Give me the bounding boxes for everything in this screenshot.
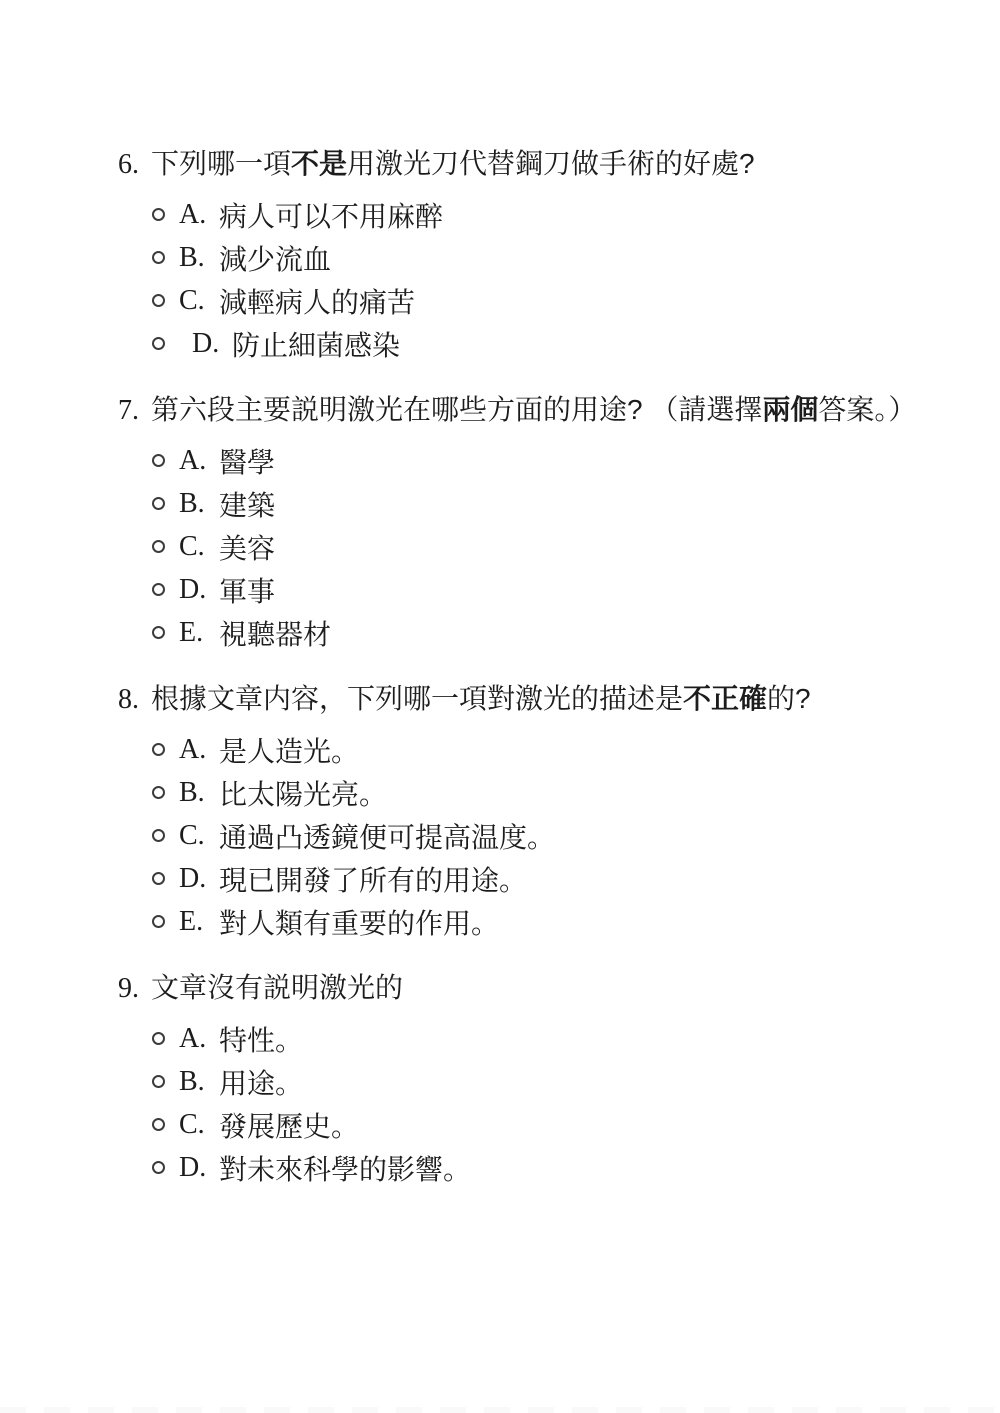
radio-button[interactable] [152,1032,165,1045]
question-6-options: A. 病人可以不用麻醉 B. 減少流血 C. 減輕病人的痛苦 D. 防止細菌感染 [118,193,950,365]
radio-button[interactable] [152,337,165,350]
option-letter: E. [179,906,219,938]
option-text: 對人類有重要的作用。 [219,902,499,942]
question-8: 8.根據文章内容，下列哪一項對激光的描述是不正確的? A. 是人造光。 B. 比… [118,680,950,943]
option-letter: D. [192,328,232,360]
option-text: 是人造光。 [219,730,359,770]
radio-button[interactable] [152,1075,165,1088]
option-row-9d[interactable]: D. 對未來科學的影響。 [118,1146,950,1189]
prompt-post: 的? [767,683,811,714]
question-text: 下列哪一項不是用激光刀代替鋼刀做手術的好處? [151,148,755,179]
option-letter: D. [179,863,219,895]
question-8-prompt: 8.根據文章内容，下列哪一項對激光的描述是不正確的? [118,680,950,718]
option-row-7c[interactable]: C. 美容 [118,525,950,568]
radio-button[interactable] [152,872,165,885]
option-letter: A. [179,1023,219,1055]
option-row-8e[interactable]: E. 對人類有重要的作用。 [118,900,950,943]
option-text: 軍事 [219,570,275,610]
prompt-bold: 兩個 [762,394,818,425]
option-row-7e[interactable]: E. 視聽器材 [118,611,950,654]
option-text: 通過凸透鏡便可提高温度。 [219,816,555,856]
question-text: 第六段主要説明激光在哪些方面的用途? （請選擇兩個答案。） [151,394,916,425]
question-text: 根據文章内容，下列哪一項對激光的描述是不正確的? [151,683,811,714]
question-7-prompt: 7.第六段主要説明激光在哪些方面的用途? （請選擇兩個答案。） [118,391,950,429]
option-letter: B. [179,242,219,274]
option-letter: C. [179,531,219,563]
prompt-pre: 下列哪一項 [151,148,291,179]
option-row-9c[interactable]: C. 發展歷史。 [118,1103,950,1146]
radio-button[interactable] [152,743,165,756]
option-row-7b[interactable]: B. 建築 [118,482,950,525]
radio-button[interactable] [152,540,165,553]
prompt-post: 用激光刀代替鋼刀做手術的好處? [347,148,755,179]
question-9-prompt: 9.文章沒有説明激光的 [118,969,950,1007]
option-row-8b[interactable]: B. 比太陽光亮。 [118,771,950,814]
option-row-7d[interactable]: D. 軍事 [118,568,950,611]
option-letter: B. [179,1066,219,1098]
option-letter: C. [179,1109,219,1141]
prompt-bold: 不是 [291,148,347,179]
option-letter: B. [179,488,219,520]
option-row-9a[interactable]: A. 特性。 [118,1017,950,1060]
radio-button[interactable] [152,583,165,596]
option-letter: D. [179,1152,219,1184]
option-letter: D. [179,574,219,606]
option-letter: A. [179,734,219,766]
option-letter: E. [179,617,219,649]
option-row-6d[interactable]: D. 防止細菌感染 [118,322,950,365]
question-6-prompt: 6.下列哪一項不是用激光刀代替鋼刀做手術的好處? [118,145,950,183]
radio-button[interactable] [152,294,165,307]
option-text: 對未來科學的影響。 [219,1148,471,1188]
option-text: 減輕病人的痛苦 [219,281,415,321]
prompt-post: 答案。） [818,394,916,425]
radio-button[interactable] [152,1161,165,1174]
prompt-pre: 文章沒有説明激光的 [151,972,403,1003]
radio-button[interactable] [152,626,165,639]
question-9-options: A. 特性。 B. 用途。 C. 發展歷史。 D. 對未來科學的影響。 [118,1017,950,1189]
question-8-options: A. 是人造光。 B. 比太陽光亮。 C. 通過凸透鏡便可提高温度。 D. 現已… [118,728,950,943]
question-number: 6. [118,149,139,180]
option-text: 美容 [219,527,275,567]
option-text: 視聽器材 [219,613,331,653]
option-letter: C. [179,285,219,317]
option-letter: A. [179,445,219,477]
option-row-8d[interactable]: D. 現已開發了所有的用途。 [118,857,950,900]
question-text: 文章沒有説明激光的 [151,972,403,1003]
option-letter: B. [179,777,219,809]
question-number: 7. [118,395,139,426]
prompt-pre: 第六段主要説明激光在哪些方面的用途? （請選擇 [151,394,762,425]
radio-button[interactable] [152,251,165,264]
question-7-options: A. 醫學 B. 建築 C. 美容 D. 軍事 E. 視聽器材 [118,439,950,654]
prompt-pre: 根據文章内容，下列哪一項對激光的描述是 [151,683,683,714]
option-row-9b[interactable]: B. 用途。 [118,1060,950,1103]
radio-button[interactable] [152,1118,165,1131]
radio-button[interactable] [152,454,165,467]
page-bottom-cutoff-artifact [0,1407,1000,1413]
option-text: 發展歷史。 [219,1105,359,1145]
question-6: 6.下列哪一項不是用激光刀代替鋼刀做手術的好處? A. 病人可以不用麻醉 B. … [118,145,950,365]
question-7: 7.第六段主要説明激光在哪些方面的用途? （請選擇兩個答案。） A. 醫學 B.… [118,391,950,654]
option-letter: A. [179,199,219,231]
option-text: 防止細菌感染 [232,324,400,364]
option-row-6b[interactable]: B. 減少流血 [118,236,950,279]
question-number: 9. [118,973,139,1004]
option-letter: C. [179,820,219,852]
worksheet-page: 6.下列哪一項不是用激光刀代替鋼刀做手術的好處? A. 病人可以不用麻醉 B. … [0,0,1000,1189]
radio-button[interactable] [152,208,165,221]
option-text: 特性。 [219,1019,303,1059]
radio-button[interactable] [152,786,165,799]
option-text: 比太陽光亮。 [219,773,387,813]
option-row-7a[interactable]: A. 醫學 [118,439,950,482]
option-text: 現已開發了所有的用途。 [219,859,527,899]
option-row-8a[interactable]: A. 是人造光。 [118,728,950,771]
question-number: 8. [118,684,139,715]
prompt-bold: 不正確 [683,683,767,714]
option-text: 建築 [219,484,275,524]
option-row-6a[interactable]: A. 病人可以不用麻醉 [118,193,950,236]
radio-button[interactable] [152,497,165,510]
radio-button[interactable] [152,829,165,842]
option-row-8c[interactable]: C. 通過凸透鏡便可提高温度。 [118,814,950,857]
question-9: 9.文章沒有説明激光的 A. 特性。 B. 用途。 C. 發展歷史。 D. 對未… [118,969,950,1189]
option-text: 病人可以不用麻醉 [219,195,443,235]
option-text: 醫學 [219,441,275,481]
radio-button[interactable] [152,915,165,928]
option-text: 減少流血 [219,238,331,278]
option-text: 用途。 [219,1062,303,1102]
option-row-6c[interactable]: C. 減輕病人的痛苦 [118,279,950,322]
